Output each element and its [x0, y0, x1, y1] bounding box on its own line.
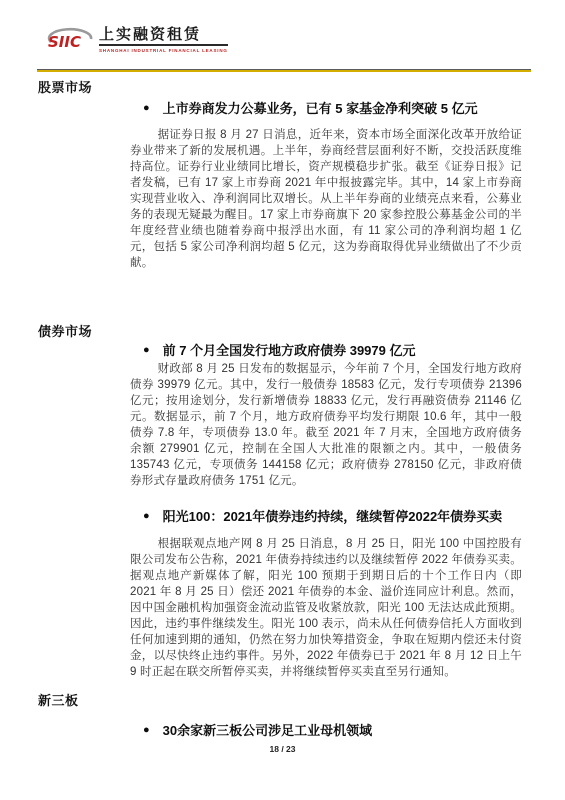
- news-heading-text: 30余家新三板公司涉足工业母机领域: [163, 722, 372, 739]
- siic-logo-text: SIIC: [48, 33, 81, 51]
- document-page: SIIC 上实融资租赁 SHANGHAI INDUSTRIAL FINANCIA…: [0, 0, 565, 800]
- company-subtitle: SHANGHAI INDUSTRIAL FINANCIAL LEASING: [99, 48, 228, 53]
- news-item-body: 据证券日报 8 月 27 日消息，近年来，资本市场全面深化改革开放给证券业带来了…: [130, 127, 522, 271]
- section-title-stock-market: 股票市场: [38, 77, 92, 96]
- siic-swoosh-icon: SIIC: [45, 26, 93, 52]
- news-heading-text: 上市券商发力公募业务，已有 5 家基金净利突破 5 亿元: [163, 100, 478, 117]
- bullet-icon: ●: [143, 508, 150, 525]
- section-title-bond-market: 债券市场: [38, 321, 92, 340]
- logo-text-block: 上实融资租赁 SHANGHAI INDUSTRIAL FINANCIAL LEA…: [99, 26, 228, 53]
- page-number: 18 / 23: [0, 744, 565, 754]
- bullet-icon: ●: [143, 100, 150, 117]
- section-title-neeq: 新三板: [38, 690, 79, 709]
- company-logo: SIIC 上实融资租赁 SHANGHAI INDUSTRIAL FINANCIA…: [45, 26, 228, 53]
- news-heading-text: 前 7 个月全国发行地方政府债券 39979 亿元: [163, 342, 416, 359]
- company-name: 上实融资租赁: [99, 26, 228, 46]
- news-item-body: 根据联观点地产网 8 月 25 日消息，8 月 25 日，阳光 100 中国控股…: [130, 536, 522, 680]
- news-item-heading: ● 上市券商发力公募业务，已有 5 家基金净利突破 5 亿元: [143, 100, 533, 117]
- header-divider-rule: [37, 69, 531, 72]
- news-item-heading: ● 前 7 个月全国发行地方政府债券 39979 亿元: [143, 342, 533, 359]
- news-item-heading: ● 30余家新三板公司涉足工业母机领域: [143, 722, 533, 739]
- news-heading-text: 阳光100：2021年债券违约持续，继续暂停2022年债券买卖: [163, 508, 503, 525]
- news-item-body: 财政部 8 月 25 日发布的数据显示，今年前 7 个月，全国发行地方政府债券 …: [130, 361, 522, 489]
- bullet-icon: ●: [143, 722, 150, 739]
- bullet-icon: ●: [143, 342, 150, 359]
- news-item-heading: ● 阳光100：2021年债券违约持续，继续暂停2022年债券买卖: [143, 508, 533, 525]
